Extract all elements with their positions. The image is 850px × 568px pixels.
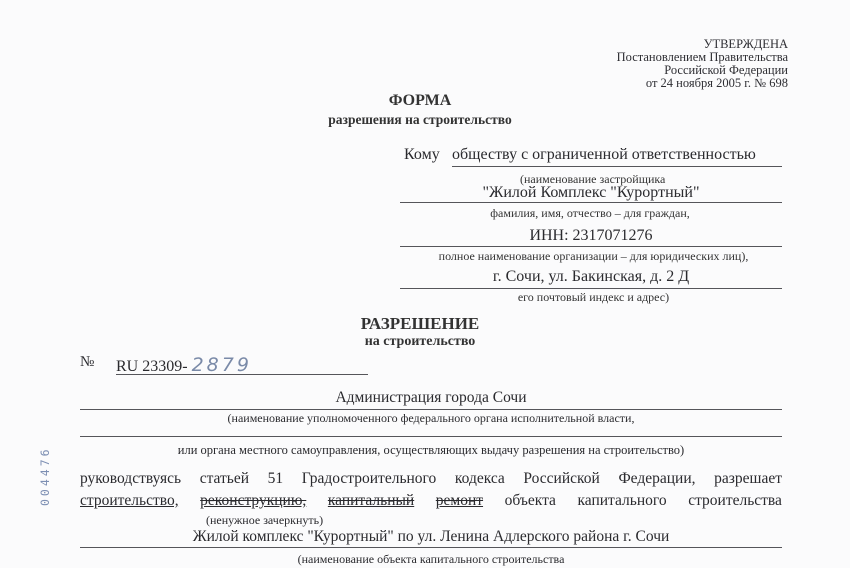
approval-stamp: УТВЕРЖДЕНА Постановлением Правительства … xyxy=(617,38,788,90)
form-title: ФОРМА xyxy=(330,92,510,110)
recipient-underline-2 xyxy=(400,202,782,203)
word-object: объекта xyxy=(505,492,556,510)
strike-hint: (ненужное зачеркнуть) xyxy=(206,513,323,528)
recipient-hint-3: полное наименование организации – для юр… xyxy=(405,249,782,264)
permit-number-handwritten: 2879 xyxy=(192,354,252,376)
authority-hint-2: или органа местного самоуправления, осущ… xyxy=(80,443,782,458)
body-paragraph-1: руководствуясь статьей 51 Градостроитель… xyxy=(80,470,782,488)
recipient-line-1: обществу с ограниченной ответственностью xyxy=(452,146,782,164)
permit-subtitle: на строительство xyxy=(330,334,510,350)
recipient-underline-4 xyxy=(400,288,782,289)
recipient-line-2: "Жилой Комплекс "Курортный" xyxy=(400,184,782,202)
object-hint: (наименование объекта капитального строи… xyxy=(80,552,782,567)
recipient-hint-2: фамилия, имя, отчество – для граждан, xyxy=(405,206,775,221)
permit-number: RU 23309- 2879 xyxy=(116,354,252,376)
recipient-address: г. Сочи, ул. Бакинская, д. 2 Д xyxy=(400,268,782,286)
word-construction: строительство, xyxy=(80,492,179,510)
word-capital-struck: капитальный xyxy=(328,492,414,510)
authority-hint-1: (наименование уполномоченного федерально… xyxy=(80,411,782,426)
permit-number-prefix: RU 23309- xyxy=(116,358,188,375)
authority-name: Администрация города Сочи xyxy=(80,389,782,407)
object-name: Жилой комплекс "Курортный" по ул. Ленина… xyxy=(80,528,782,546)
form-subtitle: разрешения на строительство xyxy=(270,112,570,128)
word-repair-struck: ремонт xyxy=(436,492,483,510)
object-underline xyxy=(80,547,782,548)
recipient-hint-4: его почтовый индекс и адрес) xyxy=(405,290,782,305)
word-reconstruction-struck: реконструкцию, xyxy=(200,492,306,510)
word-building: строительства xyxy=(688,492,782,510)
recipient-underline-1 xyxy=(452,166,782,167)
authority-underline-2 xyxy=(80,436,782,437)
permit-number-underline xyxy=(116,374,368,375)
recipient-label: Кому xyxy=(404,146,440,164)
recipient-underline-3 xyxy=(400,246,782,247)
body-paragraph-2: строительство, реконструкцию, капитальны… xyxy=(80,492,782,510)
permit-title: РАЗРЕШЕНИЕ xyxy=(330,314,510,334)
authority-underline-1 xyxy=(80,409,782,410)
permit-number-sign: № xyxy=(80,354,94,371)
recipient-inn: ИНН: 2317071276 xyxy=(400,227,782,245)
serial-number: 004476 xyxy=(38,446,52,506)
approval-date: от 24 ноября 2005 г. № 698 xyxy=(617,77,788,90)
word-capital-2: капитального xyxy=(578,492,667,510)
